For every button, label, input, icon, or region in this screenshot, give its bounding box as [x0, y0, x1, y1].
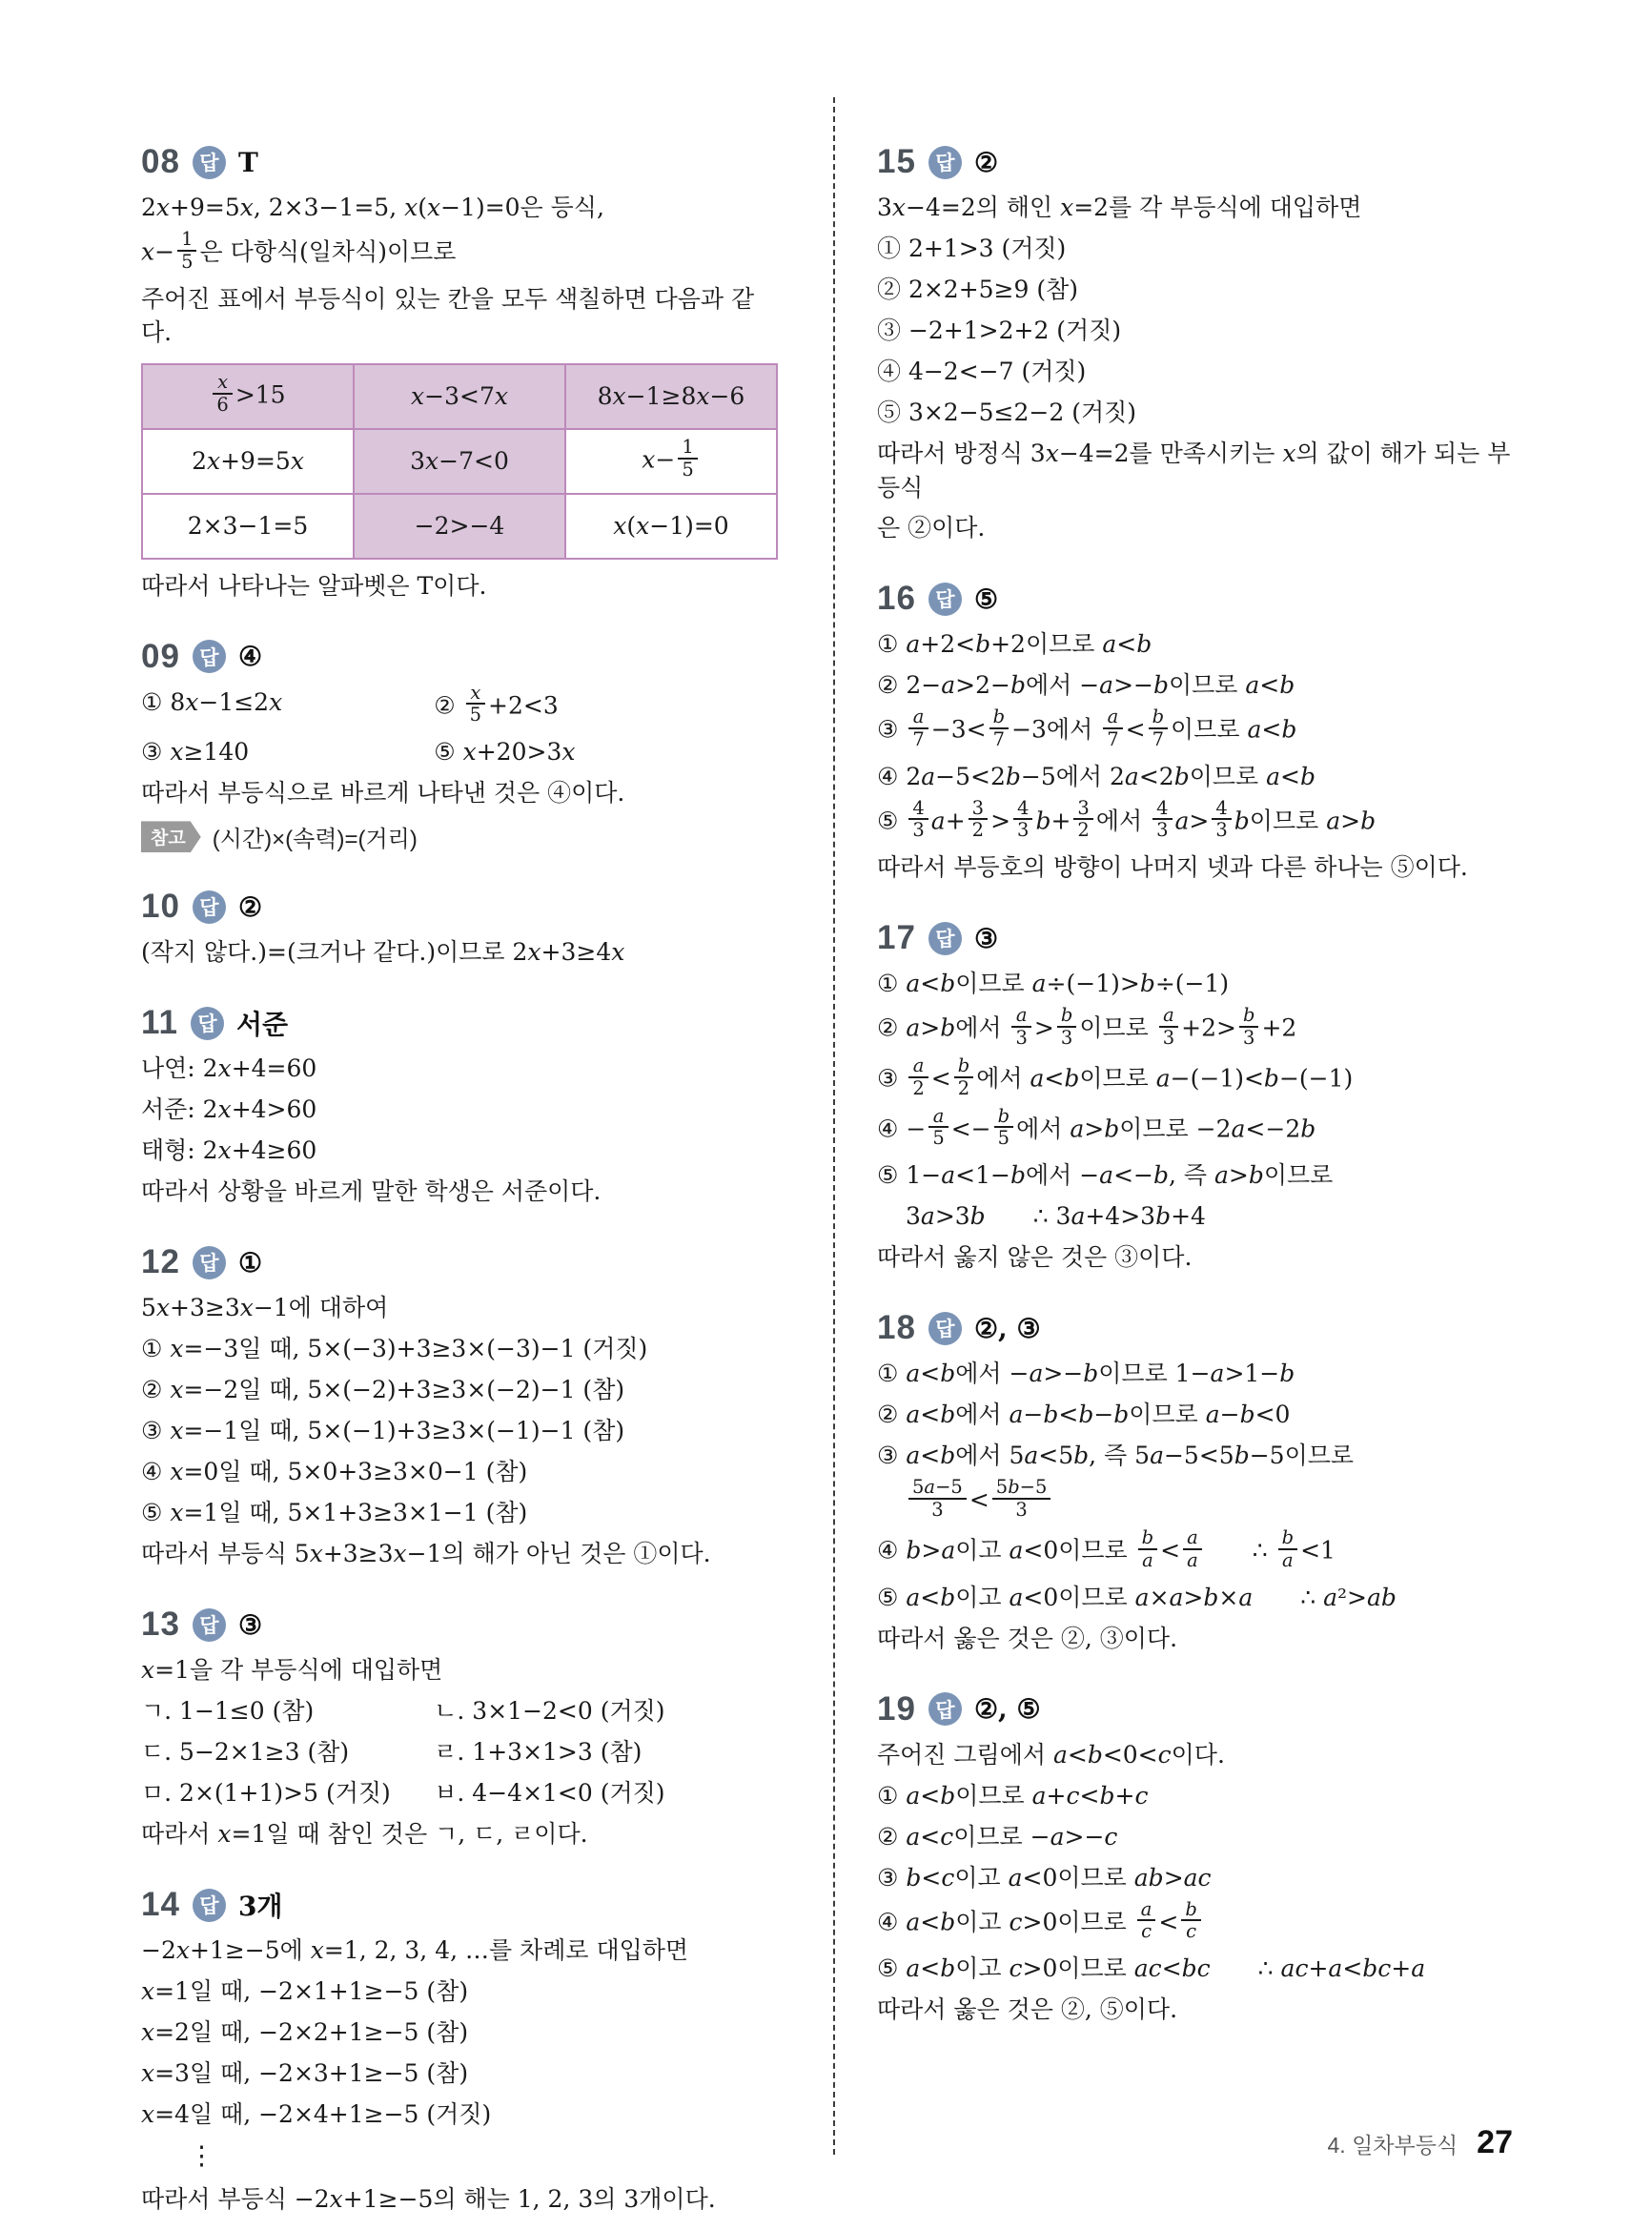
solution-line: 주어진 그림에서 a<b<0<c이다.: [877, 1738, 1514, 1772]
solution-line: ④ 2a−5<2b−5에서 2a<2b이므로 a<b: [877, 760, 1514, 794]
solution-body: 2x+9=5x, 2×3−1=5, x(x−1)=0은 등식,x−15은 다항식…: [141, 191, 778, 350]
problem-14: 14 답 3개 −2x+1≥−5에 x=1, 2, 3, 4, …를 차례로 대…: [141, 1884, 778, 2216]
answer-value: 서준: [236, 1004, 288, 1042]
solution-line: 따라서 옳은 것은 ②, ⑤이다.: [877, 1993, 1514, 2027]
answer-badge-icon: 답: [193, 1246, 226, 1279]
answer-badge-icon: 답: [193, 1889, 226, 1922]
textbook-solutions-page: 08 답 T 2x+9=5x, 2×3−1=5, x(x−1)=0은 등식,x−…: [0, 0, 1652, 2230]
option-item: ② x5+2<3: [434, 685, 559, 729]
solution-line: 5x+3≥3x−1에 대하여: [141, 1291, 778, 1325]
answer-badge-icon: 답: [193, 890, 226, 924]
solution-line: ⑤ 43a+32>43b+32에서 43a>43b이므로 a>b: [877, 801, 1514, 845]
solution-line: ④ 4−2<−7 (거짓): [877, 355, 1514, 389]
solution-line: ① 2+1>3 (거짓): [877, 232, 1514, 266]
problem-number: 11: [141, 1004, 178, 1042]
problem-header: 19 답 ②, ⑤: [877, 1688, 1514, 1730]
problem-16: 16 답 ⑤ ① a+2<b+2이므로 a<b② 2−a>2−b에서 −a>−b…: [877, 578, 1514, 885]
left-column: 08 답 T 2x+9=5x, 2×3−1=5, x(x−1)=0은 등식,x−…: [141, 141, 778, 2217]
table-cell: x−15: [565, 429, 777, 494]
answer-value: ③: [238, 1609, 262, 1641]
answer-value: ①: [238, 1247, 262, 1279]
problem-18: 18 답 ②, ③ ① a<b에서 −a>−b이므로 1−a>1−b② a<b에…: [877, 1307, 1514, 1655]
solution-line-pair: ③ x≥140⑤ x+20>3x: [141, 735, 778, 769]
solution-line: (작지 않다.)=(크거나 같다.)이므로 2x+3≥4x: [141, 935, 778, 970]
problem-header: 16 답 ⑤: [877, 578, 1514, 620]
solution-line: ④ a<b이고 c>0이므로 ac<bc: [877, 1902, 1514, 1946]
table-cell: 8x−1≥8x−6: [565, 364, 777, 429]
solution-line: 따라서 부등식으로 바르게 나타낸 것은 ④이다.: [141, 776, 778, 810]
answer-value: ④: [238, 641, 262, 672]
problem-header: 10 답 ②: [141, 886, 778, 928]
answer-value: ⑤: [974, 583, 998, 615]
solution-line: 3a>3b ∴ 3a+4>3b+4: [906, 1199, 1514, 1234]
solution-line: 따라서 x=1일 때 참인 것은 ㄱ, ㄷ, ㄹ이다.: [141, 1817, 778, 1852]
solution-line: ⑤ a<b이고 c>0이므로 ac<bc ∴ ac+a<bc+a: [877, 1952, 1514, 1986]
option-item: ㄴ. 3×1−2<0 (거짓): [434, 1694, 664, 1729]
solution-line: ③ a7−3<b7−3에서 a7<b7이므로 a<b: [877, 709, 1514, 753]
solution-line: x=1일 때, −2×1+1≥−5 (참): [141, 1974, 778, 2009]
solution-line: x=1을 각 부등식에 대입하면: [141, 1653, 778, 1688]
solution-line: 3x−4=2의 해인 x=2를 각 부등식에 대입하면: [877, 191, 1514, 225]
problem-number: 08: [141, 143, 180, 181]
problem-header: 18 답 ②, ③: [877, 1307, 1514, 1349]
solution-line: ② a>b에서 a3>b3이므로 a3+2>b3+2: [877, 1008, 1514, 1052]
solution-line: ② 2×2+5≥9 (참): [877, 273, 1514, 307]
option-item: ③ x≥140: [141, 735, 434, 769]
solution-line: −2x+1≥−5에 x=1, 2, 3, 4, …를 차례로 대입하면: [141, 1933, 778, 1968]
solution-line: ② x=−2일 때, 5×(−2)+3≥3×(−2)−1 (참): [141, 1373, 778, 1407]
solution-line: 서준: 2x+4>60: [141, 1093, 778, 1127]
solution-line: ③ a2<b2에서 a<b이므로 a−(−1)<b−(−1): [877, 1058, 1514, 1102]
answer-badge-icon: 답: [193, 1608, 226, 1642]
solution-line: ③ −2+1>2+2 (거짓): [877, 314, 1514, 348]
solution-line: ① x=−3일 때, 5×(−3)+3≥3×(−3)−1 (거짓): [141, 1332, 778, 1366]
solution-line: ① a<b이므로 a÷(−1)>b÷(−1): [877, 967, 1514, 1001]
solution-line: 태형: 2x+4≥60: [141, 1134, 778, 1168]
solution-line: ① a<b이므로 a+c<b+c: [877, 1779, 1514, 1813]
problem-header: 12 답 ①: [141, 1241, 778, 1283]
problem-header: 13 답 ③: [141, 1604, 778, 1646]
table-cell: x6>15: [142, 364, 354, 429]
solution-line: ⑤ 1−a<1−b에서 −a<−b, 즉 a>b이므로: [877, 1158, 1514, 1193]
table-cell: −2>−4: [354, 494, 565, 559]
problem-10: 10 답 ② (작지 않다.)=(크거나 같다.)이므로 2x+3≥4x: [141, 886, 778, 970]
solution-line: x=3일 때, −2×3+1≥−5 (참): [141, 2056, 778, 2091]
note-line: 참고 (시간)×(속력)=(거리): [141, 820, 778, 853]
solution-line-pair: ㄱ. 1−1≤0 (참)ㄴ. 3×1−2<0 (거짓): [141, 1694, 778, 1729]
solution-line: ② a<c이므로 −a>−c: [877, 1820, 1514, 1854]
solution-line: x=2일 때, −2×2+1≥−5 (참): [141, 2015, 778, 2050]
solution-line: ⑤ 3×2−5≤2−2 (거짓): [877, 396, 1514, 430]
table-cell: 2x+9=5x: [142, 429, 354, 494]
option-item: ① 8x−1≤2x: [141, 685, 434, 729]
answer-badge-icon: 답: [928, 1692, 962, 1726]
solution-body: ① a<b에서 −a>−b이므로 1−a>1−b② a<b에서 a−b<b−b이…: [877, 1357, 1514, 1655]
problem-header: 14 답 3개: [141, 1884, 778, 1926]
problem-11: 11 답 서준 나연: 2x+4=60서준: 2x+4>60태형: 2x+4≥6…: [141, 1002, 778, 1209]
solution-body: 5x+3≥3x−1에 대하여① x=−3일 때, 5×(−3)+3≥3×(−3)…: [141, 1291, 778, 1571]
shaded-answer-table: x6>15x−3<7x8x−1≥8x−62x+9=5x3x−7<0x−152×3…: [141, 363, 778, 560]
problem-header: 15 답 ②: [877, 141, 1514, 183]
problem-17: 17 답 ③ ① a<b이므로 a÷(−1)>b÷(−1)② a>b에서 a3>…: [877, 917, 1514, 1275]
problem-number: 14: [141, 1886, 180, 1924]
problem-header: 17 답 ③: [877, 917, 1514, 959]
answer-badge-icon: 답: [928, 146, 962, 179]
solution-line: 따라서 부등식 −2x+1≥−5의 해는 1, 2, 3의 3개이다.: [141, 2182, 778, 2217]
solution-body: ① 8x−1≤2x② x5+2<3③ x≥140⑤ x+20>3x따라서 부등식…: [141, 685, 778, 811]
answer-value: ②, ③: [974, 1313, 1041, 1344]
solution-body: −2x+1≥−5에 x=1, 2, 3, 4, …를 차례로 대입하면x=1일 …: [141, 1933, 778, 2216]
solution-line: 은 ②이다.: [877, 511, 1514, 545]
solution-line-pair: ㄷ. 5−2×1≥3 (참)ㄹ. 1+3×1>3 (참): [141, 1735, 778, 1770]
problem-number: 19: [877, 1690, 916, 1729]
table-row: 2x+9=5x3x−7<0x−15: [142, 429, 777, 494]
solution-line: x=4일 때, −2×4+1≥−5 (거짓): [141, 2097, 778, 2132]
chapter-label: 4. 일차부등식: [1328, 2128, 1458, 2159]
right-column: 15 답 ② 3x−4=2의 해인 x=2를 각 부등식에 대입하면① 2+1>…: [877, 141, 1514, 2027]
option-item: ㄹ. 1+3×1>3 (참): [434, 1735, 642, 1770]
problem-number: 17: [877, 919, 916, 957]
answer-badge-icon: 답: [193, 640, 226, 673]
table-cell: x(x−1)=0: [565, 494, 777, 559]
reference-badge-icon: 참고: [141, 821, 201, 852]
solution-body: x=1을 각 부등식에 대입하면ㄱ. 1−1≤0 (참)ㄴ. 3×1−2<0 (…: [141, 1653, 778, 1852]
problem-19: 19 답 ②, ⑤ 주어진 그림에서 a<b<0<c이다.① a<b이므로 a+…: [877, 1688, 1514, 2028]
problem-12: 12 답 ① 5x+3≥3x−1에 대하여① x=−3일 때, 5×(−3)+3…: [141, 1241, 778, 1571]
problem-08: 08 답 T 2x+9=5x, 2×3−1=5, x(x−1)=0은 등식,x−…: [141, 141, 778, 604]
solution-line: ② a<b에서 a−b<b−b이므로 a−b<0: [877, 1398, 1514, 1432]
solution-body: ① a+2<b+2이므로 a<b② 2−a>2−b에서 −a>−b이므로 a<b…: [877, 627, 1514, 885]
answer-badge-icon: 답: [193, 146, 226, 179]
problem-number: 10: [141, 888, 180, 926]
solution-line: 따라서 상황을 바르게 말한 학생은 서준이다.: [141, 1175, 778, 1209]
answer-value: ②: [974, 147, 998, 178]
option-item: ⑤ x+20>3x: [434, 735, 575, 769]
answer-badge-icon: 답: [928, 922, 962, 955]
solution-line: ⑤ a<b이고 a<0이므로 a×a>b×a ∴ a²>ab: [877, 1581, 1514, 1615]
solution-line-pair: ㅁ. 2×(1+1)>5 (거짓)ㅂ. 4−4×1<0 (거짓): [141, 1776, 778, 1811]
solution-body: ① a<b이므로 a÷(−1)>b÷(−1)② a>b에서 a3>b3이므로 a…: [877, 967, 1514, 1275]
solution-line: 나연: 2x+4=60: [141, 1052, 778, 1086]
solution-line: x−15은 다항식(일차식)이므로: [141, 232, 778, 276]
option-item: ㄱ. 1−1≤0 (참): [141, 1694, 434, 1729]
solution-line: 따라서 방정식 3x−4=2를 만족시키는 x의 값이 해가 되는 부등식: [877, 437, 1514, 504]
problem-number: 15: [877, 143, 916, 181]
option-item: ㅂ. 4−4×1<0 (거짓): [434, 1776, 664, 1811]
solution-line: 따라서 부등식 5x+3≥3x−1의 해가 아닌 것은 ①이다.: [141, 1537, 778, 1571]
table-cell: 3x−7<0: [354, 429, 565, 494]
solution-body: (작지 않다.)=(크거나 같다.)이므로 2x+3≥4x: [141, 935, 778, 970]
solution-line: ① a+2<b+2이므로 a<b: [877, 627, 1514, 662]
solution-line: ③ b<c이고 a<0이므로 ab>ac: [877, 1861, 1514, 1895]
problem-number: 09: [141, 638, 180, 676]
solution-line: ④ −a5<−b5에서 a>b이므로 −2a<−2b: [877, 1109, 1514, 1153]
solution-line: ⑤ x=1일 때, 5×1+3≥3×1−1 (참): [141, 1496, 778, 1530]
page-number: 27: [1477, 2124, 1513, 2161]
table-cell: 2×3−1=5: [142, 494, 354, 559]
solution-line-pair: ① 8x−1≤2x② x5+2<3: [141, 685, 778, 729]
solution-line: 따라서 나타나는 알파벳은 T이다.: [141, 569, 778, 604]
answer-value: ②: [238, 891, 262, 923]
problem-number: 16: [877, 580, 916, 618]
problem-13: 13 답 ③ x=1을 각 부등식에 대입하면ㄱ. 1−1≤0 (참)ㄴ. 3×…: [141, 1604, 778, 1852]
answer-value: ②, ⑤: [974, 1693, 1041, 1725]
problem-header: 08 답 T: [141, 141, 778, 183]
page-footer: 4. 일차부등식 27: [1328, 2124, 1514, 2161]
solution-line: ② 2−a>2−b에서 −a>−b이므로 a<b: [877, 668, 1514, 703]
solution-line: 따라서 옳은 것은 ②, ③이다.: [877, 1622, 1514, 1656]
problem-number: 13: [141, 1606, 180, 1644]
answer-value: T: [238, 147, 258, 178]
solution-body: 주어진 그림에서 a<b<0<c이다.① a<b이므로 a+c<b+c② a<c…: [877, 1738, 1514, 2028]
problem-15: 15 답 ② 3x−4=2의 해인 x=2를 각 부등식에 대입하면① 2+1>…: [877, 141, 1514, 545]
problem-header: 09 답 ④: [141, 636, 778, 678]
answer-value: ③: [974, 923, 998, 954]
column-divider: [833, 97, 835, 2155]
table-row: x6>15x−3<7x8x−1≥8x−6: [142, 364, 777, 429]
solution-line: ④ x=0일 때, 5×0+3≥3×0−1 (참): [141, 1455, 778, 1489]
solution-line: 따라서 부등호의 방향이 나머지 넷과 다른 하나는 ⑤이다.: [877, 850, 1514, 885]
solution-line: ① a<b에서 −a>−b이므로 1−a>1−b: [877, 1357, 1514, 1391]
answer-badge-icon: 답: [928, 583, 962, 616]
solution-line: 주어진 표에서 부등식이 있는 칸을 모두 색칠하면 다음과 같다.: [141, 282, 778, 350]
solution-body: 3x−4=2의 해인 x=2를 각 부등식에 대입하면① 2+1>3 (거짓)②…: [877, 191, 1514, 545]
solution-body: 따라서 나타나는 알파벳은 T이다.: [141, 569, 778, 604]
solution-line: ④ b>a이고 a<0이므로 ba<aa ∴ ba<1: [877, 1530, 1514, 1574]
problem-number: 12: [141, 1243, 180, 1281]
solution-line: ③ x=−1일 때, 5×(−1)+3≥3×(−1)−1 (참): [141, 1414, 778, 1448]
problem-number: 18: [877, 1309, 916, 1347]
problem-header: 11 답 서준: [141, 1002, 778, 1044]
option-item: ㅁ. 2×(1+1)>5 (거짓): [141, 1776, 434, 1811]
solution-line: ⋮: [189, 2138, 778, 2175]
table-row: 2×3−1=5−2>−4x(x−1)=0: [142, 494, 777, 559]
option-item: ㄷ. 5−2×1≥3 (참): [141, 1735, 434, 1770]
solution-body: 나연: 2x+4=60서준: 2x+4>60태형: 2x+4≥60따라서 상황을…: [141, 1052, 778, 1209]
table-cell: x−3<7x: [354, 364, 565, 429]
problem-09: 09 답 ④ ① 8x−1≤2x② x5+2<3③ x≥140⑤ x+20>3x…: [141, 636, 778, 854]
solution-line: ③ a<b에서 5a<5b, 즉 5a−5<5b−5이므로: [877, 1439, 1514, 1473]
solution-line: 2x+9=5x, 2×3−1=5, x(x−1)=0은 등식,: [141, 191, 778, 225]
answer-value: 3개: [238, 1886, 283, 1924]
answer-badge-icon: 답: [928, 1312, 962, 1345]
note-text: (시간)×(속력)=(거리): [213, 820, 418, 853]
solution-line: 5a−53<5b−53: [906, 1480, 1514, 1524]
solution-line: 따라서 옳지 않은 것은 ③이다.: [877, 1240, 1514, 1275]
answer-badge-icon: 답: [191, 1007, 224, 1040]
